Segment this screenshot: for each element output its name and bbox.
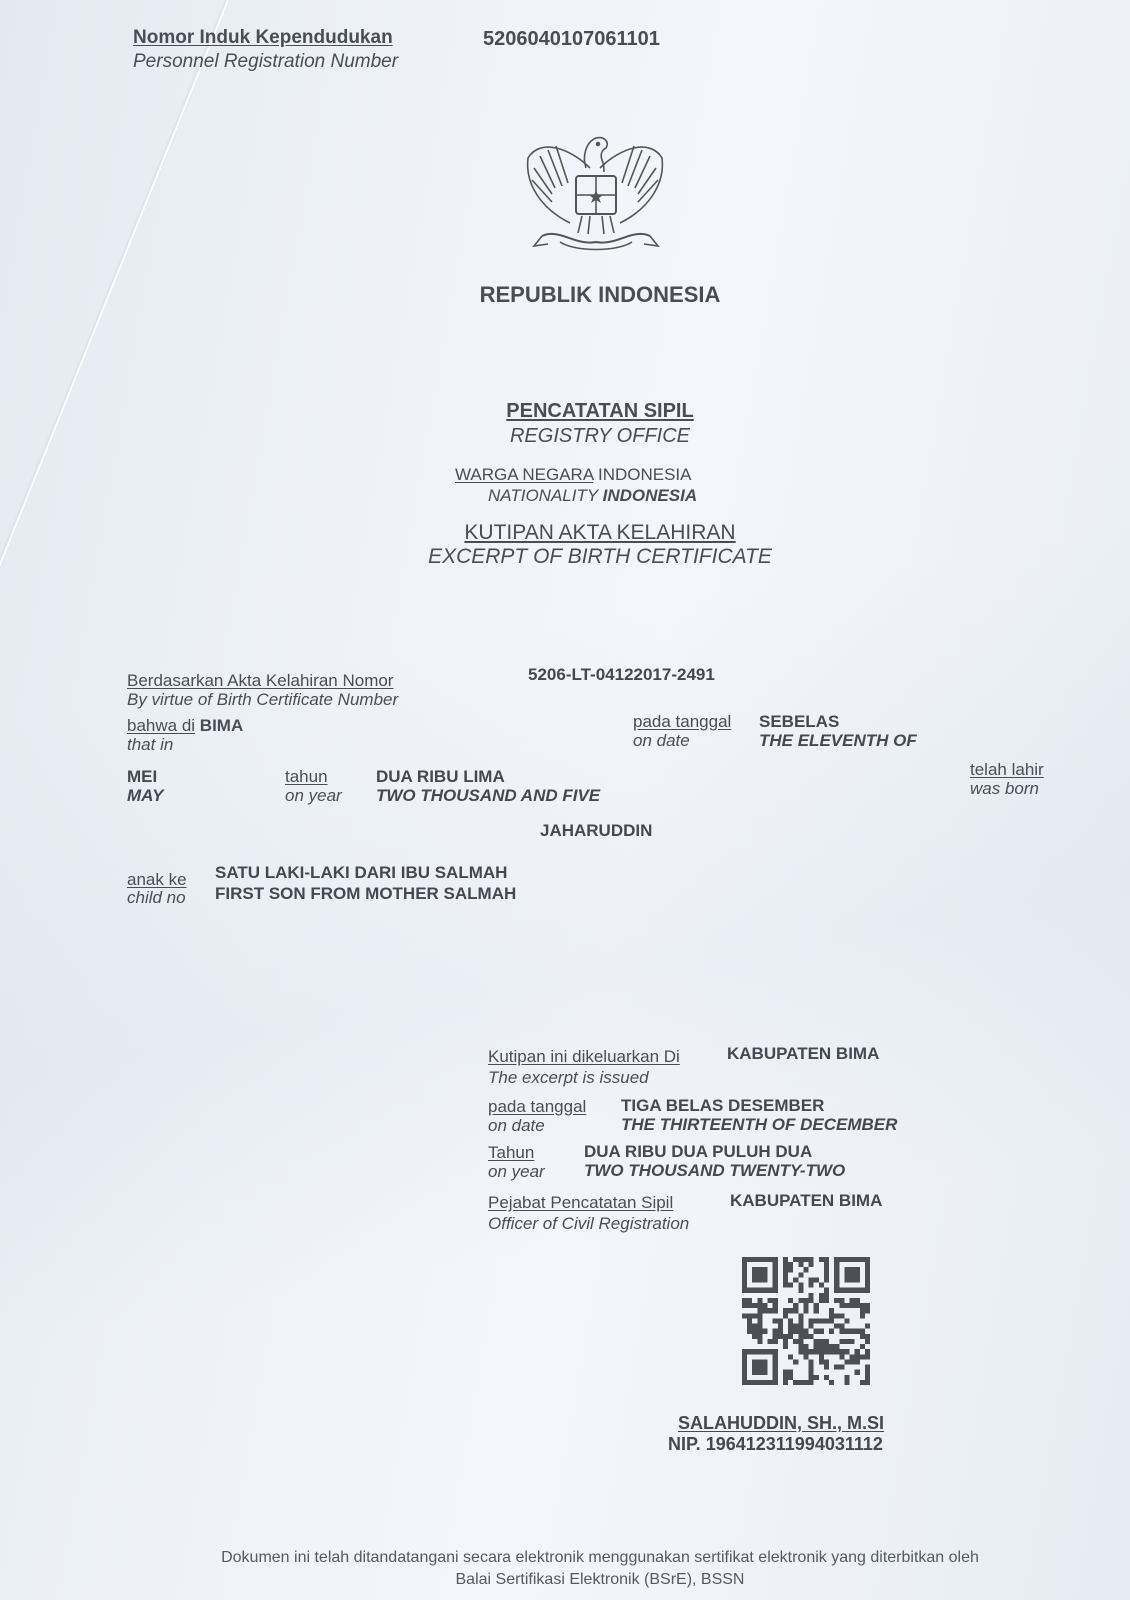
child-order-label: anak ke xyxy=(127,870,187,889)
birth-place-label: bahwa di xyxy=(127,716,195,735)
document-title: KUTIPAN AKTA KELAHIRAN EXCERPT OF BIRTH … xyxy=(0,521,1130,569)
nationality-label-en: NATIONALITY xyxy=(488,486,598,505)
certificate-number: 5206-LT-04122017-2491 xyxy=(528,665,715,684)
issued-label: Kutipan ini dikeluarkan Di xyxy=(488,1047,680,1066)
child-order-value-en: FIRST SON FROM MOTHER SALMAH xyxy=(215,884,516,903)
issued-label-en: The excerpt is issued xyxy=(488,1068,649,1087)
certificate-number-label: Berdasarkan Akta Kelahiran Nomor xyxy=(127,671,393,690)
issued-date-value-en: THE THIRTEENTH OF DECEMBER xyxy=(621,1115,897,1134)
birth-year-label: tahun xyxy=(285,767,328,786)
birth-month-value: MEI xyxy=(127,767,157,786)
officer-region: KABUPATEN BIMA xyxy=(730,1191,882,1210)
issued-date-label-en: on date xyxy=(488,1116,545,1135)
birth-day-value: SEBELAS xyxy=(759,712,839,731)
nationality-value-en: INDONESIA xyxy=(603,486,697,505)
birth-place-row: bahwa di BIMA xyxy=(127,716,243,735)
child-order-value: SATU LAKI-LAKI DARI IBU SALMAH xyxy=(215,863,507,882)
child-order-label-en: child no xyxy=(127,888,186,907)
born-label: telah lahir xyxy=(970,760,1044,779)
birth-year-value-en: TWO THOUSAND AND FIVE xyxy=(376,786,600,805)
office-title-en: REGISTRY OFFICE xyxy=(0,425,1130,448)
officer-label: Pejabat Pencatatan Sipil xyxy=(488,1193,673,1212)
officer-label-en: Officer of Civil Registration xyxy=(488,1214,689,1233)
signatory-nip: NIP. 196412311994031112 xyxy=(668,1435,883,1454)
birth-date-label: pada tanggal xyxy=(633,712,731,731)
country-title: REPUBLIK INDONESIA xyxy=(0,282,1130,308)
birth-year-label-en: on year xyxy=(285,786,342,805)
issued-year-value: DUA RIBU DUA PULUH DUA xyxy=(584,1142,812,1161)
birth-day-value-en: THE ELEVENTH OF xyxy=(759,731,917,750)
footer-line-1: Dokumen ini telah ditandatangani secara … xyxy=(0,1547,1130,1569)
footer-line-2: Balai Sertifikasi Elektronik (BSrE), BSS… xyxy=(0,1569,1130,1591)
issued-year-value-en: TWO THOUSAND TWENTY-TWO xyxy=(584,1161,845,1180)
office-title: PENCATATAN SIPIL xyxy=(0,400,1130,423)
birth-date-label-en: on date xyxy=(633,731,690,750)
nik-value: 5206040107061101 xyxy=(483,28,660,51)
document-title-id: KUTIPAN AKTA KELAHIRAN xyxy=(0,521,1130,545)
nationality-label: WARGA NEGARA xyxy=(455,465,593,484)
born-label-en: was born xyxy=(970,779,1039,798)
birth-month-value-en: MAY xyxy=(127,786,164,805)
nationality-row: WARGA NEGARA INDONESIA xyxy=(455,465,692,485)
nik-label: Nomor Induk Kependudukan xyxy=(133,27,393,49)
child-name: JAHARUDDIN xyxy=(540,821,652,840)
issued-place: KABUPATEN BIMA xyxy=(727,1044,879,1063)
certificate-number-label-en: By virtue of Birth Certificate Number xyxy=(127,690,398,709)
signatory-name: SALAHUDDIN, SH., M.SI xyxy=(678,1414,884,1433)
birth-place-value: BIMA xyxy=(200,716,243,735)
issued-year-label-en: on year xyxy=(488,1162,545,1181)
issued-date-value: TIGA BELAS DESEMBER xyxy=(621,1096,824,1115)
electronic-signature-notice: Dokumen ini telah ditandatangani secara … xyxy=(0,1547,1130,1591)
nik-label-en: Personnel Registration Number xyxy=(133,51,398,73)
registry-office-heading: PENCATATAN SIPIL REGISTRY OFFICE xyxy=(0,400,1130,448)
issued-year-label: Tahun xyxy=(488,1143,534,1162)
document-title-en: EXCERPT OF BIRTH CERTIFICATE xyxy=(0,545,1130,569)
garuda-emblem-icon xyxy=(520,128,670,258)
issued-date-label: pada tanggal xyxy=(488,1097,586,1116)
birth-place-label-en: that in xyxy=(127,735,173,754)
qr-code-icon[interactable] xyxy=(742,1257,870,1385)
birth-year-value: DUA RIBU LIMA xyxy=(376,767,505,786)
nationality-value: INDONESIA xyxy=(598,465,692,484)
nationality-row-en: NATIONALITY INDONESIA xyxy=(488,486,697,506)
